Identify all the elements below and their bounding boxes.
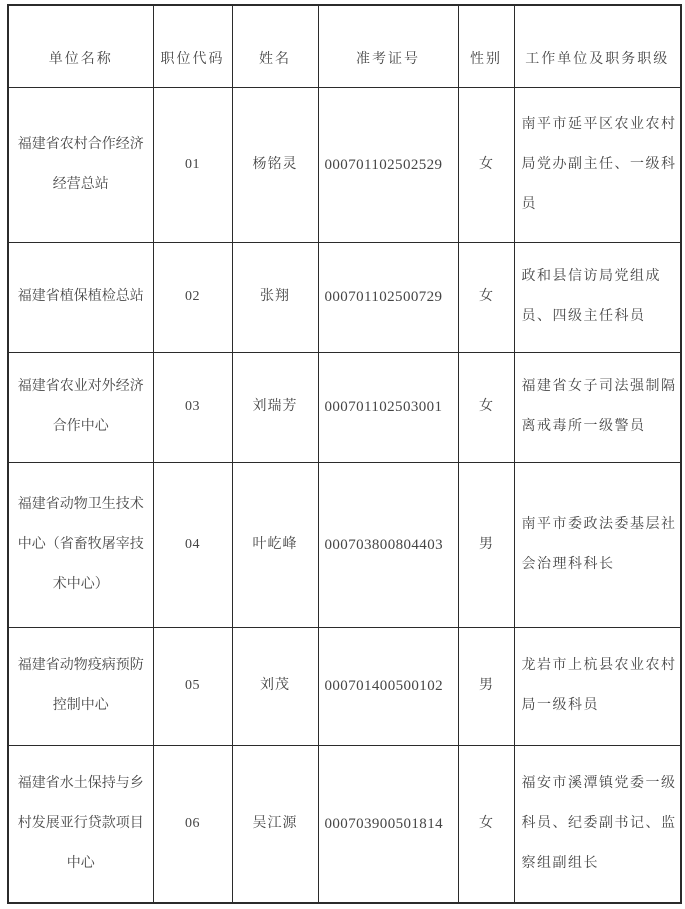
cell-gender: 女 bbox=[458, 745, 514, 903]
cell-ticket-number: 000701400500102 bbox=[318, 627, 458, 745]
header-ticket-number: 准考证号 bbox=[318, 5, 458, 87]
cell-gender: 女 bbox=[458, 87, 514, 242]
document-page: 单位名称 职位代码 姓名 准考证号 性别 工作单位及职务职级 福建省农村合作经济… bbox=[0, 0, 685, 904]
cell-position-code: 06 bbox=[153, 745, 232, 903]
cell-name: 杨铭灵 bbox=[232, 87, 318, 242]
table-row: 福建省水土保持与乡村发展亚行贷款项目中心 06 吴江源 000703900501… bbox=[8, 745, 681, 903]
header-name: 姓名 bbox=[232, 5, 318, 87]
cell-ticket-number: 000701102503001 bbox=[318, 352, 458, 462]
cell-gender: 男 bbox=[458, 627, 514, 745]
cell-position-code: 04 bbox=[153, 462, 232, 627]
cell-name: 刘瑞芳 bbox=[232, 352, 318, 462]
table-row: 福建省农业对外经济合作中心 03 刘瑞芳 000701102503001 女 福… bbox=[8, 352, 681, 462]
table-row: 福建省植保植检总站 02 张翔 000701102500729 女 政和县信访局… bbox=[8, 242, 681, 352]
cell-unit-name: 福建省动物疫病预防控制中心 bbox=[8, 627, 153, 745]
cell-unit-name: 福建省水土保持与乡村发展亚行贷款项目中心 bbox=[8, 745, 153, 903]
cell-gender: 女 bbox=[458, 352, 514, 462]
header-row: 单位名称 职位代码 姓名 准考证号 性别 工作单位及职务职级 bbox=[8, 5, 681, 87]
cell-name: 刘茂 bbox=[232, 627, 318, 745]
cell-unit-name: 福建省植保植检总站 bbox=[8, 242, 153, 352]
cell-work-unit-rank: 南平市委政法委基层社会治理科科长 bbox=[514, 462, 681, 627]
cell-work-unit-rank: 福建省女子司法强制隔离戒毒所一级警员 bbox=[514, 352, 681, 462]
cell-ticket-number: 000703800804403 bbox=[318, 462, 458, 627]
cell-ticket-number: 000703900501814 bbox=[318, 745, 458, 903]
cell-unit-name: 福建省农业对外经济合作中心 bbox=[8, 352, 153, 462]
cell-work-unit-rank: 龙岩市上杭县农业农村局一级科员 bbox=[514, 627, 681, 745]
cell-gender: 男 bbox=[458, 462, 514, 627]
header-unit-name: 单位名称 bbox=[8, 5, 153, 87]
table-row: 福建省农村合作经济经营总站 01 杨铭灵 000701102502529 女 南… bbox=[8, 87, 681, 242]
cell-gender: 女 bbox=[458, 242, 514, 352]
table-row: 福建省动物卫生技术中心（省畜牧屠宰技术中心） 04 叶屹峰 0007038008… bbox=[8, 462, 681, 627]
cell-name: 叶屹峰 bbox=[232, 462, 318, 627]
cell-position-code: 02 bbox=[153, 242, 232, 352]
cell-work-unit-rank: 福安市溪潭镇党委一级科员、纪委副书记、监察组副组长 bbox=[514, 745, 681, 903]
header-gender: 性别 bbox=[458, 5, 514, 87]
cell-work-unit-rank: 政和县信访局党组成员、四级主任科员 bbox=[514, 242, 681, 352]
header-position-code: 职位代码 bbox=[153, 5, 232, 87]
cell-name: 吴江源 bbox=[232, 745, 318, 903]
cell-work-unit-rank: 南平市延平区农业农村局党办副主任、一级科员 bbox=[514, 87, 681, 242]
cell-unit-name: 福建省农村合作经济经营总站 bbox=[8, 87, 153, 242]
table-row: 福建省动物疫病预防控制中心 05 刘茂 000701400500102 男 龙岩… bbox=[8, 627, 681, 745]
cell-ticket-number: 000701102500729 bbox=[318, 242, 458, 352]
candidate-roster-table: 单位名称 职位代码 姓名 准考证号 性别 工作单位及职务职级 福建省农村合作经济… bbox=[7, 4, 682, 904]
cell-position-code: 05 bbox=[153, 627, 232, 745]
cell-ticket-number: 000701102502529 bbox=[318, 87, 458, 242]
cell-position-code: 01 bbox=[153, 87, 232, 242]
cell-name: 张翔 bbox=[232, 242, 318, 352]
header-work-unit-rank: 工作单位及职务职级 bbox=[514, 5, 681, 87]
cell-position-code: 03 bbox=[153, 352, 232, 462]
cell-unit-name: 福建省动物卫生技术中心（省畜牧屠宰技术中心） bbox=[8, 462, 153, 627]
